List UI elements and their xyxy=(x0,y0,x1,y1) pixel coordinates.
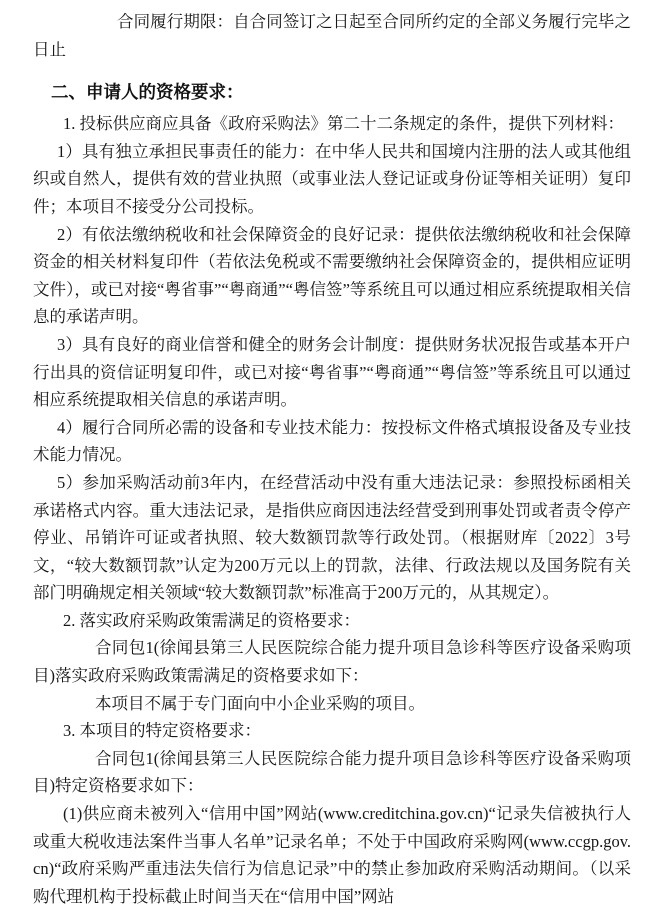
para-specific-requirements: 3. 本项目的特定资格要求： xyxy=(33,717,631,745)
contract-term-paragraph: 合同履行期限：自合同签订之日起至合同所约定的全部义务履行完毕之日止 xyxy=(33,8,631,63)
item-civil-liability: 1）具有独立承担民事责任的能力：在中华人民共和国境内注册的法人或其他组织或自然人… xyxy=(33,138,631,221)
item-equipment-capability: 4）履行合同所必需的设备和专业技术能力：按投标文件格式填报设备及专业技术能力情况… xyxy=(33,414,631,469)
para-package1-specific: 合同包1(徐闻县第三人民医院综合能力提升项目急诊科等医疗设备采购项目)特定资格要… xyxy=(33,745,631,800)
section-heading: 二、申请人的资格要求： xyxy=(33,78,631,107)
document-page: 合同履行期限：自合同签订之日起至合同所约定的全部义务履行完毕之日止 二、申请人的… xyxy=(0,0,661,918)
para-supplier-conditions: 1. 投标供应商应具备《政府采购法》第二十二条规定的条件，提供下列材料： xyxy=(33,110,631,138)
item-tax-social-security: 2）有依法缴纳税收和社会保障资金的良好记录：提供依法缴纳税收和社会保障资金的相关… xyxy=(33,221,631,331)
item-business-credit: 3）具有良好的商业信誉和健全的财务会计制度：提供财务状况报告或基本开户行出具的资… xyxy=(33,331,631,414)
para-package1-policy: 合同包1(徐闻县第三人民医院综合能力提升项目急诊科等医疗设备采购项目)落实政府采… xyxy=(33,634,631,689)
para-not-sme: 本项目不属于专门面向中小企业采购的项目。 xyxy=(33,690,631,718)
para-credit-china: (1)供应商未被列入“信用中国”网站(www.creditchina.gov.c… xyxy=(33,800,631,910)
para-policy-requirements: 2. 落实政府采购政策需满足的资格要求： xyxy=(33,607,631,635)
item-no-major-violations: 5）参加采购活动前3年内，在经营活动中没有重大违法记录：参照投标函相关承诺格式内… xyxy=(33,469,631,607)
